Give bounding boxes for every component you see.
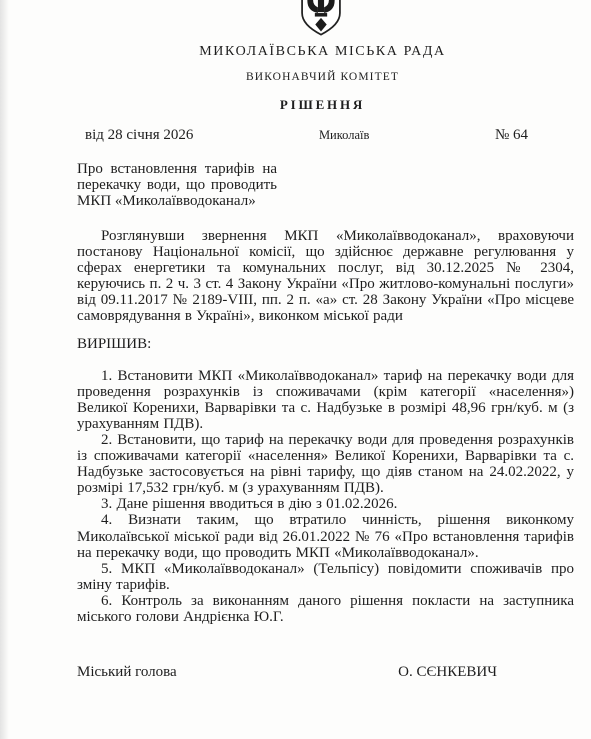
resolution-item-2: 2. Встановити, що тариф на перекачку вод… (77, 432, 574, 496)
resolution-item-6: 6. Контроль за виконанням даного рішення… (77, 593, 574, 625)
resolution-item-3: 3. Дане рішення вводиться в дію з 01.02.… (77, 496, 574, 512)
document-header: МИКОЛАЇВСЬКА МІСЬКА РАДА ВИКОНАВЧИЙ КОМІ… (27, 0, 591, 112)
resolution-item-4: 4. Визнати таким, що втратило чинність, … (77, 512, 574, 560)
resolution-item-1: 1. Встановити МКП «Миколаївводоканал» та… (77, 368, 574, 432)
subject-block: Про встановлення тарифів на перекачку во… (77, 161, 277, 209)
resolution-item-5: 5. МКП «Миколаївводоканал» (Тельпісу) по… (77, 561, 574, 593)
scan-edge-shadow (0, 0, 9, 739)
doc-city: Миколаїв (319, 127, 370, 144)
subject-line-3: МКП «Миколаївводоканал» (77, 193, 277, 209)
preamble-paragraph: Розглянувши звернення МКП «Миколаївводок… (77, 228, 574, 325)
doc-number: № 64 (495, 127, 528, 144)
doc-date: від 28 січня 2026 (85, 127, 193, 144)
resolution-items: 1. Встановити МКП «Миколаївводоканал» та… (77, 368, 574, 626)
resolved-heading: ВИРІШИВ: (77, 336, 574, 352)
org-name-line2: ВИКОНАВЧИЙ КОМІТЕТ (27, 70, 591, 84)
doc-type-title: РІШЕННЯ (27, 97, 591, 112)
document-page: МИКОЛАЇВСЬКА МІСЬКА РАДА ВИКОНАВЧИЙ КОМІ… (0, 0, 591, 739)
signature-title: Міський голова (77, 664, 177, 681)
signature-name: О. СЄНКЕВИЧ (398, 664, 497, 681)
date-number-row: від 28 січня 2026 Миколаїв № 64 (0, 127, 591, 144)
document-body: Про встановлення тарифів на перекачку во… (77, 161, 574, 625)
signature-row: Міський голова О. СЄНКЕВИЧ (77, 664, 497, 681)
org-name-line1: МИКОЛАЇВСЬКА МІСЬКА РАДА (27, 44, 591, 60)
subject-line-2: перекачку води, що проводить (77, 177, 277, 193)
subject-line-1: Про встановлення тарифів на (77, 161, 277, 177)
